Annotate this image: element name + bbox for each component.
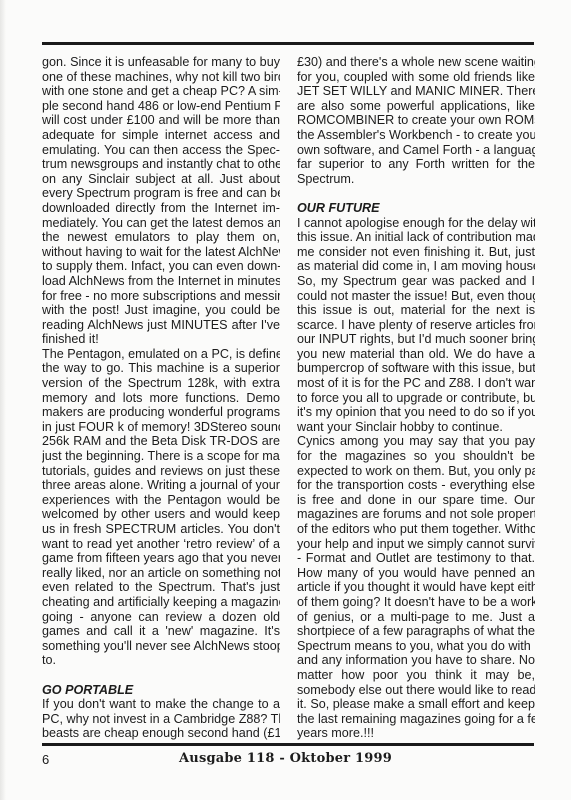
- text-line: will cost under £100 and will be more th…: [42, 113, 280, 128]
- text-line: to force you all to upgrade or contribut…: [297, 391, 535, 406]
- text-line: game from fifteen years ago that you nev…: [42, 551, 280, 566]
- text-line: trum newsgroups and instantly chat to ot…: [42, 157, 280, 172]
- text-line: really liked, nor an article on somethin…: [42, 566, 280, 581]
- text-line: one of these machines, why not kill two …: [42, 70, 280, 85]
- text-line: for the magazines so you shouldn't be: [297, 449, 535, 464]
- text-line: for you, coupled with some old friends l…: [297, 70, 535, 85]
- text-line: If you don't want to make the change to …: [42, 697, 280, 712]
- text-line: of them going? It doesn't have to be a w…: [297, 595, 535, 610]
- paragraph: gon. Since it is unfeasable for many to …: [42, 55, 280, 347]
- text-line: just the beginning. There is a scope for…: [42, 449, 280, 464]
- paragraph: I cannot apologise enough for the delay …: [297, 216, 535, 435]
- text-line: want to read yet another ‘retro review’ …: [42, 537, 280, 552]
- text-line: expected to work on them. But, you only …: [297, 464, 535, 479]
- text-line: magazines are forums and not sole proper…: [297, 507, 535, 522]
- text-line: Spectrum.: [297, 172, 535, 187]
- text-line: three areas alone. Writing a journal of …: [42, 478, 280, 493]
- text-line: me consider not even finishing it. But, …: [297, 245, 535, 260]
- text-line: the Assembler's Workbench - to create yo…: [297, 128, 535, 143]
- text-line: with the post! Just imagine, you could b…: [42, 303, 280, 318]
- text-line: as material did come in, I am moving hou…: [297, 259, 535, 274]
- text-line: - Format and Outlet are testimony to tha…: [297, 551, 535, 566]
- text-line: could not master the issue! But, even th…: [297, 289, 535, 304]
- text-line: emulating. You can then access the Spec-: [42, 143, 280, 158]
- text-line: own software, and Camel Forth - a langua…: [297, 143, 535, 158]
- text-line: of the editors who put them together. Wi…: [297, 522, 535, 537]
- text-line: far superior to any Forth written for th…: [297, 157, 535, 172]
- text-line: this issue is out, material for the next…: [297, 303, 535, 318]
- text-line: The Pentagon, emulated on a PC, is defin…: [42, 347, 280, 362]
- text-line: version of the Spectrum 128k, with extra: [42, 376, 280, 391]
- text-line: makers are producing wonderful programs: [42, 405, 280, 420]
- text-line: somebody else out there would like to re…: [297, 683, 535, 698]
- paragraph: If you don't want to make the change to …: [42, 697, 280, 741]
- text-line: gon. Since it is unfeasable for many to …: [42, 55, 280, 70]
- text-line: the last remaining magazines going for a…: [297, 712, 535, 727]
- text-line: bumpercrop of software with this issue, …: [297, 361, 535, 376]
- text-line: I cannot apologise enough for the delay …: [297, 216, 535, 231]
- text-line: with one stone and get a cheap PC? A sim…: [42, 84, 280, 99]
- text-line: experiences with the Pentagon would be: [42, 493, 280, 508]
- text-line: memory and lots more functions. Demo: [42, 391, 280, 406]
- text-line: article if you thought it would have kep…: [297, 580, 535, 595]
- spacer: [42, 668, 280, 683]
- text-line: PC, why not invest in a Cambridge Z88? T…: [42, 712, 280, 727]
- text-line: for the transportion costs - everything …: [297, 478, 535, 493]
- text-line: the way to go. This machine is a superio…: [42, 361, 280, 376]
- text-line: most of it is for the PC and Z88. I don'…: [297, 376, 535, 391]
- text-line: beasts are cheap enough second hand (£10…: [42, 726, 280, 741]
- text-line: us in fresh SPECTRUM articles. You don't: [42, 522, 280, 537]
- text-line: the newest emulators to play them on,: [42, 230, 280, 245]
- text-line: So, my Spectrum gear was packed and I: [297, 274, 535, 289]
- text-line: shortpiece of a few paragraphs of what t…: [297, 624, 535, 639]
- issue-footer: Ausgabe 118 - Oktober 1999: [0, 751, 571, 766]
- text-line: for free - no more subscriptions and mes…: [42, 289, 280, 304]
- text-line: you new material than old. We do have a: [297, 347, 535, 362]
- text-line: to.: [42, 653, 280, 668]
- right-column: £30) and there's a whole new scene waiti…: [297, 55, 535, 741]
- text-line: our INPUT rights, but I'd much sooner br…: [297, 332, 535, 347]
- text-line: Cynics among you may say that you pay: [297, 434, 535, 449]
- page-edge-shadow: [0, 0, 6, 800]
- text-line: going - anyone can review a dozen old: [42, 610, 280, 625]
- top-rule: [42, 42, 534, 45]
- text-line: every Spectrum program is free and can b…: [42, 186, 280, 201]
- text-line: are also some powerful applications, lik…: [297, 99, 535, 114]
- paragraph: The Pentagon, emulated on a PC, is defin…: [42, 347, 280, 668]
- text-line: it's my opinion that you need to do so i…: [297, 405, 535, 420]
- text-line: £30) and there's a whole new scene waiti…: [297, 55, 535, 70]
- spacer: [297, 186, 535, 201]
- text-line: something you'll never see AlchNews stoo…: [42, 639, 280, 654]
- text-line: is free and done in our spare time. Our: [297, 493, 535, 508]
- text-line: matter how poor you think it may be,: [297, 668, 535, 683]
- text-line: cheating and artificially keeping a maga…: [42, 595, 280, 610]
- text-line: on any Sinclair subject at all. Just abo…: [42, 172, 280, 187]
- text-line: your help and input we simply cannot sur…: [297, 537, 535, 552]
- text-line: How many of you would have penned an: [297, 566, 535, 581]
- text-line: reading AlchNews just MINUTES after I've: [42, 318, 280, 333]
- text-line: it. So, please make a small effort and k…: [297, 697, 535, 712]
- text-line: without having to wait for the latest Al…: [42, 245, 280, 260]
- text-line: ROMCOMBINER to create your own ROMs,: [297, 113, 535, 128]
- text-line: welcomed by other users and would keep: [42, 507, 280, 522]
- text-line: downloaded directly from the Internet im…: [42, 201, 280, 216]
- text-line: years more.!!!: [297, 726, 535, 741]
- text-line: want your Sinclair hobby to continue.: [297, 420, 535, 435]
- text-line: even related to the Spectrum. That's jus…: [42, 580, 280, 595]
- text-line: adequate for simple internet access and: [42, 128, 280, 143]
- text-line: scarce. I have plenty of reserve article…: [297, 318, 535, 333]
- text-line: Spectrum means to you, what you do with …: [297, 639, 535, 654]
- left-column: gon. Since it is unfeasable for many to …: [42, 55, 280, 741]
- section-heading-go-portable: GO PORTABLE: [42, 683, 280, 698]
- text-line: load AlchNews from the Internet in minut…: [42, 274, 280, 289]
- section-heading-our-future: OUR FUTURE: [297, 201, 535, 216]
- text-line: mediately. You can get the latest demos …: [42, 216, 280, 231]
- text-line: in just FOUR k of memory! 3DStereo sound…: [42, 420, 280, 435]
- text-line: JET SET WILLY and MANIC MINER. There: [297, 84, 535, 99]
- text-line: tutorials, guides and reviews on just th…: [42, 464, 280, 479]
- bottom-rule: [42, 743, 534, 746]
- paragraph: £30) and there's a whole new scene waiti…: [297, 55, 535, 186]
- paragraph: Cynics among you may say that you payfor…: [297, 434, 535, 740]
- text-line: 256k RAM and the Beta Disk TR-DOS are: [42, 434, 280, 449]
- text-line: finished it!: [42, 332, 280, 347]
- text-line: ple second hand 486 or low-end Pentium P…: [42, 99, 280, 114]
- text-line: of genius, or a multi-page to me. Just a: [297, 610, 535, 625]
- text-line: to supply them. Infact, you can even dow…: [42, 259, 280, 274]
- text-line: and any information you have to share. N…: [297, 653, 535, 668]
- text-line: this issue. An initial lack of contribut…: [297, 230, 535, 245]
- text-line: games and call it a 'new' magazine. It's: [42, 624, 280, 639]
